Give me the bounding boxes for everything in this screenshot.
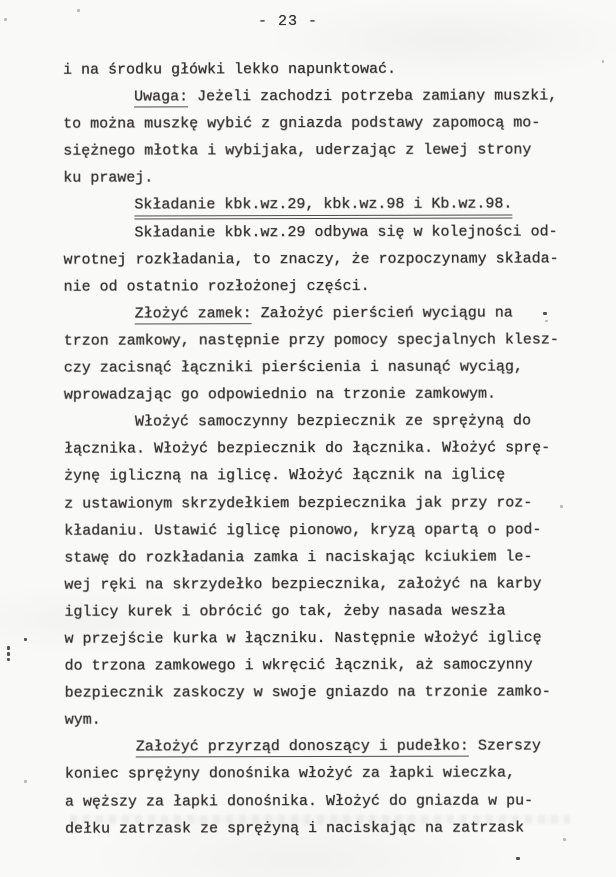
text-segment: czy zacisnąć łączniki pierścienia i nasu…	[64, 358, 523, 376]
text-segment: Jeżeli zachodzi potrzeba zamiany muszki,	[188, 87, 557, 105]
text-segment: Włożyć samoczynny bezpiecznik ze sprężyn…	[135, 413, 531, 431]
text-segment: nie od ostatnio rozłożonej części.	[64, 278, 370, 296]
scan-speck	[560, 505, 563, 508]
scan-speck	[563, 838, 566, 841]
text-line: czy zacisnąć łączniki pierścienia i nasu…	[64, 353, 570, 381]
text-segment: wrotnej rozkładania, to znaczy, że rozpo…	[63, 250, 558, 268]
text-segment: wej ręki na skrzydełko bezpiecznika, zał…	[64, 575, 541, 593]
text-line: łącznika. Włożyć bezpiecznik do łącznika…	[64, 435, 570, 463]
underlined-text: Założyć przyrząd donoszący i pudełko:	[136, 738, 469, 758]
text-segment: z ustawionym skrzydełkiem bezpiecznika j…	[64, 494, 532, 512]
text-segment: kładaniu. Ustawić iglicę pionowo, kryzą …	[64, 521, 541, 539]
scanned-page: { "colors": { "ink": "#322f2c", "paper":…	[0, 0, 616, 877]
underlined-text: Złożyć zamek:	[135, 305, 252, 324]
section-heading: Składanie kbk.wz.29, kbk.wz.98 i Kb.wz.9…	[63, 191, 569, 219]
text-line: żynę igliczną na iglicę. Włożyć łącznik …	[64, 462, 570, 490]
text-line: siężnego młotka i wybijaka, uderzając z …	[63, 137, 569, 165]
text-segment: koniec sprężyny donośnika włożyć za łapk…	[65, 765, 515, 783]
scan-speck	[543, 312, 547, 315]
text-line: Założyć przyrząd donoszący i pudełko: Sz…	[65, 733, 571, 761]
scan-speck	[470, 95, 472, 97]
text-segment: łącznika. Włożyć bezpiecznik do łącznika…	[64, 440, 550, 458]
text-line: kładaniu. Ustawić iglicę pionowo, kryzą …	[64, 516, 570, 544]
text-segment: to można muszkę wybić z gniazda podstawy…	[63, 115, 540, 133]
text-line: to można muszkę wybić z gniazda podstawy…	[63, 110, 569, 138]
text-segment: Szerszy	[469, 738, 541, 755]
page-number: - 23 -	[0, 13, 576, 30]
scan-speck	[602, 60, 604, 63]
scan-speck	[7, 658, 10, 661]
text-line: nie od ostatnio rozłożonej części.	[64, 272, 570, 300]
scan-speck	[4, 18, 7, 21]
scan-speck	[7, 652, 10, 656]
text-segment: siężnego młotka i wybijaka, uderzając z …	[63, 142, 531, 160]
text-line: Złożyć zamek: Założyć pierścień wyciągu …	[64, 299, 570, 327]
scan-speck	[7, 646, 10, 650]
text-line: wprowadzając go odpowiednio na trzonie z…	[64, 380, 570, 408]
text-line: ku prawej.	[63, 164, 569, 192]
text-segment: Założyć pierścień wyciągu na	[252, 304, 513, 322]
text-line: stawę do rozkładania zamka i naciskając …	[64, 543, 570, 571]
text-segment: ku prawej.	[63, 170, 153, 187]
text-line: wrotnej rozkładania, to znaczy, że rozpo…	[63, 245, 569, 273]
text-segment: w przejście kurka w łączniku. Następnie …	[64, 629, 541, 647]
document-text: i na środku główki lekko napunktować.Uwa…	[63, 55, 571, 842]
text-segment: wprowadzając go odpowiednio na trzonie z…	[64, 386, 496, 404]
text-line: a węższy za łapki donośnika. Włożyć do g…	[65, 787, 571, 815]
text-line: i na środku główki lekko napunktować.	[63, 55, 569, 83]
text-line: wym.	[65, 706, 571, 734]
text-line: Włożyć samoczynny bezpiecznik ze sprężyn…	[64, 408, 570, 436]
text-line: iglicy kurek i obrócić go tak, żeby nasa…	[64, 597, 570, 625]
scan-speck	[24, 638, 27, 641]
text-line: trzon zamkowy, następnie przy pomocy spe…	[64, 326, 570, 354]
scan-streak	[70, 815, 570, 824]
text-line: do trzona zamkowego i wkręcić łącznik, a…	[65, 651, 571, 679]
scan-speck	[77, 9, 80, 12]
text-line: Składanie kbk.wz.29 odbywa się w kolejno…	[63, 218, 569, 246]
underlined-text: Składanie kbk.wz.29, kbk.wz.98 i Kb.wz.9…	[134, 196, 512, 220]
scan-speck	[516, 857, 520, 860]
text-line: z ustawionym skrzydełkiem bezpiecznika j…	[64, 489, 570, 517]
text-segment: Składanie kbk.wz.29 odbywa się w kolejno…	[134, 223, 557, 241]
text-segment: i na środku główki lekko napunktować.	[63, 61, 396, 79]
text-line: w przejście kurka w łączniku. Następnie …	[64, 624, 570, 652]
text-segment: żynę igliczną na iglicę. Włożyć łącznik …	[64, 467, 505, 485]
text-segment: do trzona zamkowego i wkręcić łącznik, a…	[65, 656, 533, 674]
underlined-text: Uwaga:	[134, 88, 188, 107]
text-segment: iglicy kurek i obrócić go tak, żeby nasa…	[64, 602, 505, 620]
scan-speck	[545, 320, 548, 322]
text-line: bezpiecznik zaskoczy w swoje gniazdo na …	[65, 678, 571, 706]
text-segment: stawę do rozkładania zamka i naciskając …	[64, 548, 532, 566]
text-line: wej ręki na skrzydełko bezpiecznika, zał…	[64, 570, 570, 598]
scan-speck	[24, 780, 27, 783]
text-segment: a węższy za łapki donośnika. Włożyć do g…	[65, 792, 533, 810]
text-segment: trzon zamkowy, następnie przy pomocy spe…	[64, 331, 559, 349]
text-segment: bezpiecznik zaskoczy w swoje gniazdo na …	[65, 684, 551, 702]
text-segment: wym.	[65, 712, 101, 729]
text-line: Uwaga: Jeżeli zachodzi potrzeba zamiany …	[63, 82, 569, 110]
text-line: koniec sprężyny donośnika włożyć za łapk…	[65, 760, 571, 788]
